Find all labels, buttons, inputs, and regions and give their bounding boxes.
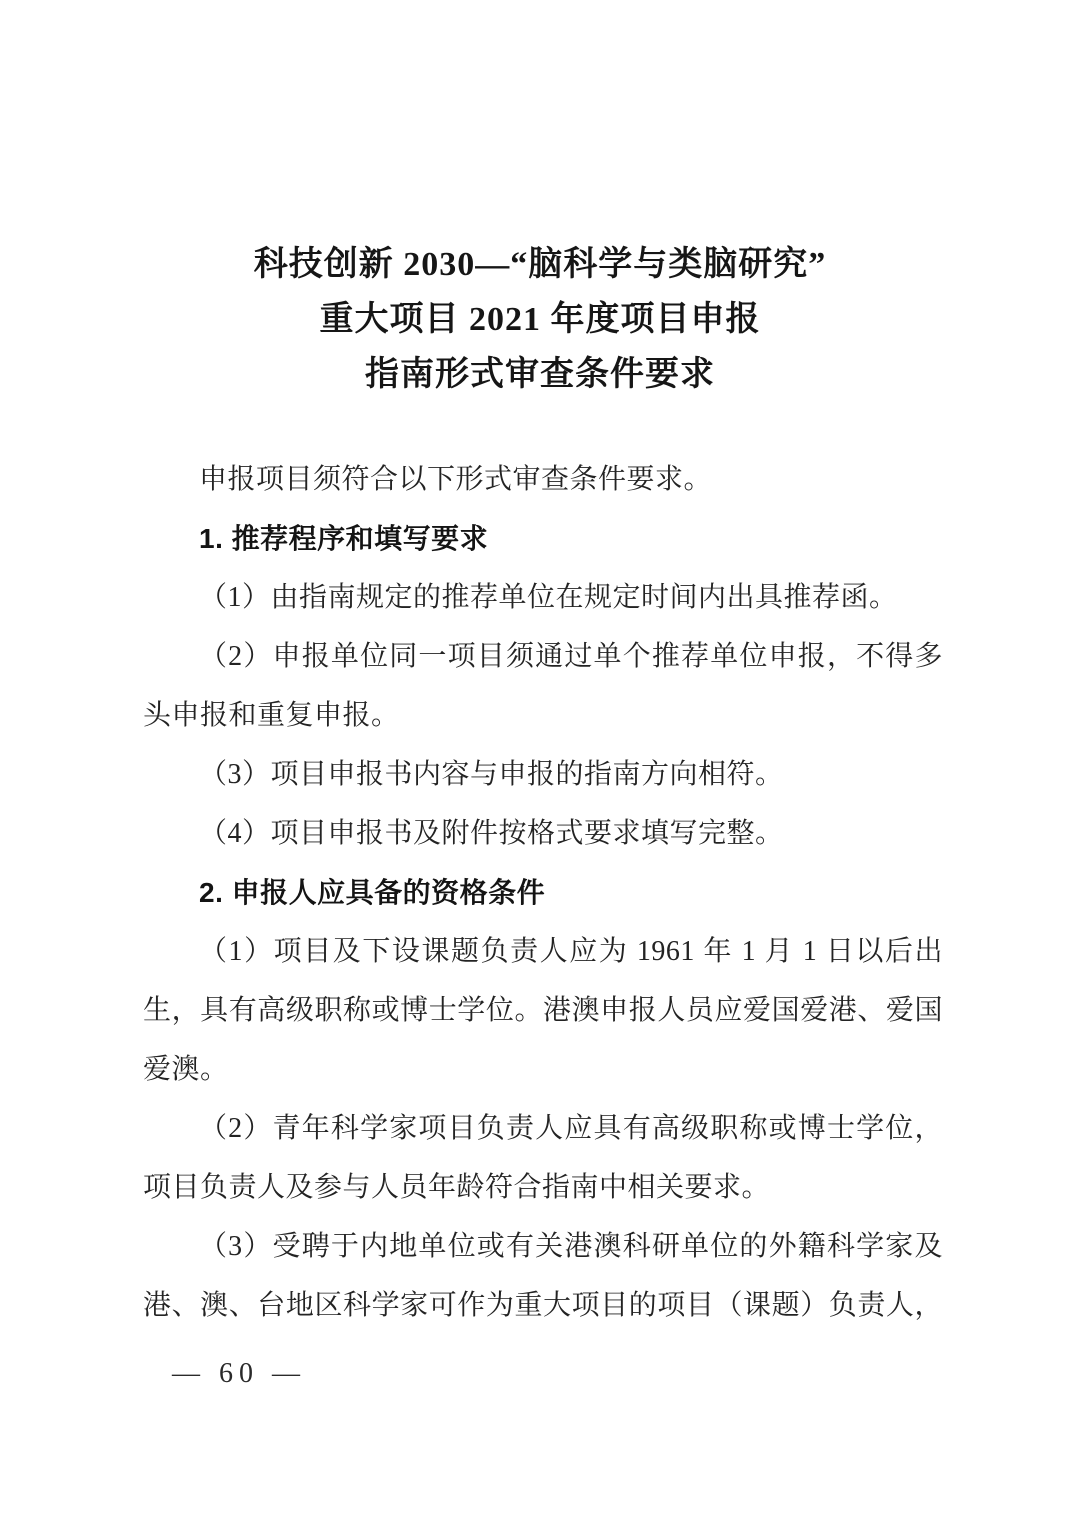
page-number: — 60 — bbox=[172, 1358, 306, 1390]
document-body: 申报项目须符合以下形式审查条件要求。 1. 推荐程序和填写要求 （1）由指南规定… bbox=[143, 450, 943, 1335]
section2-item-1: （1）项目及下设课题负责人应为 1961 年 1 月 1 日以后出生，具有高级职… bbox=[143, 922, 943, 1099]
section2-item-2: （2）青年科学家项目负责人应具有高级职称或博士学位，项目负责人及参与人员年龄符合… bbox=[143, 1099, 943, 1217]
intro-paragraph: 申报项目须符合以下形式审查条件要求。 bbox=[143, 450, 943, 509]
section1-item-2: （2）申报单位同一项目须通过单个推荐单位申报，不得多头申报和重复申报。 bbox=[143, 627, 943, 745]
title-line-1: 科技创新 2030—“脑科学与类脑研究” bbox=[0, 237, 1080, 292]
section1-item-4: （4）项目申报书及附件按格式要求填写完整。 bbox=[143, 804, 943, 863]
section1-item-3: （3）项目申报书内容与申报的指南方向相符。 bbox=[143, 745, 943, 804]
section-heading-2: 2. 申报人应具备的资格条件 bbox=[143, 863, 943, 922]
section2-item-3: （3）受聘于内地单位或有关港澳科研单位的外籍科学家及港、澳、台地区科学家可作为重… bbox=[143, 1217, 943, 1335]
title-line-2: 重大项目 2021 年度项目申报 bbox=[0, 292, 1080, 347]
section-heading-1: 1. 推荐程序和填写要求 bbox=[143, 509, 943, 568]
document-page: 科技创新 2030—“脑科学与类脑研究” 重大项目 2021 年度项目申报 指南… bbox=[0, 0, 1080, 1527]
title-line-3: 指南形式审查条件要求 bbox=[0, 347, 1080, 402]
document-title: 科技创新 2030—“脑科学与类脑研究” 重大项目 2021 年度项目申报 指南… bbox=[0, 237, 1080, 402]
section1-item-1: （1）由指南规定的推荐单位在规定时间内出具推荐函。 bbox=[143, 568, 943, 627]
